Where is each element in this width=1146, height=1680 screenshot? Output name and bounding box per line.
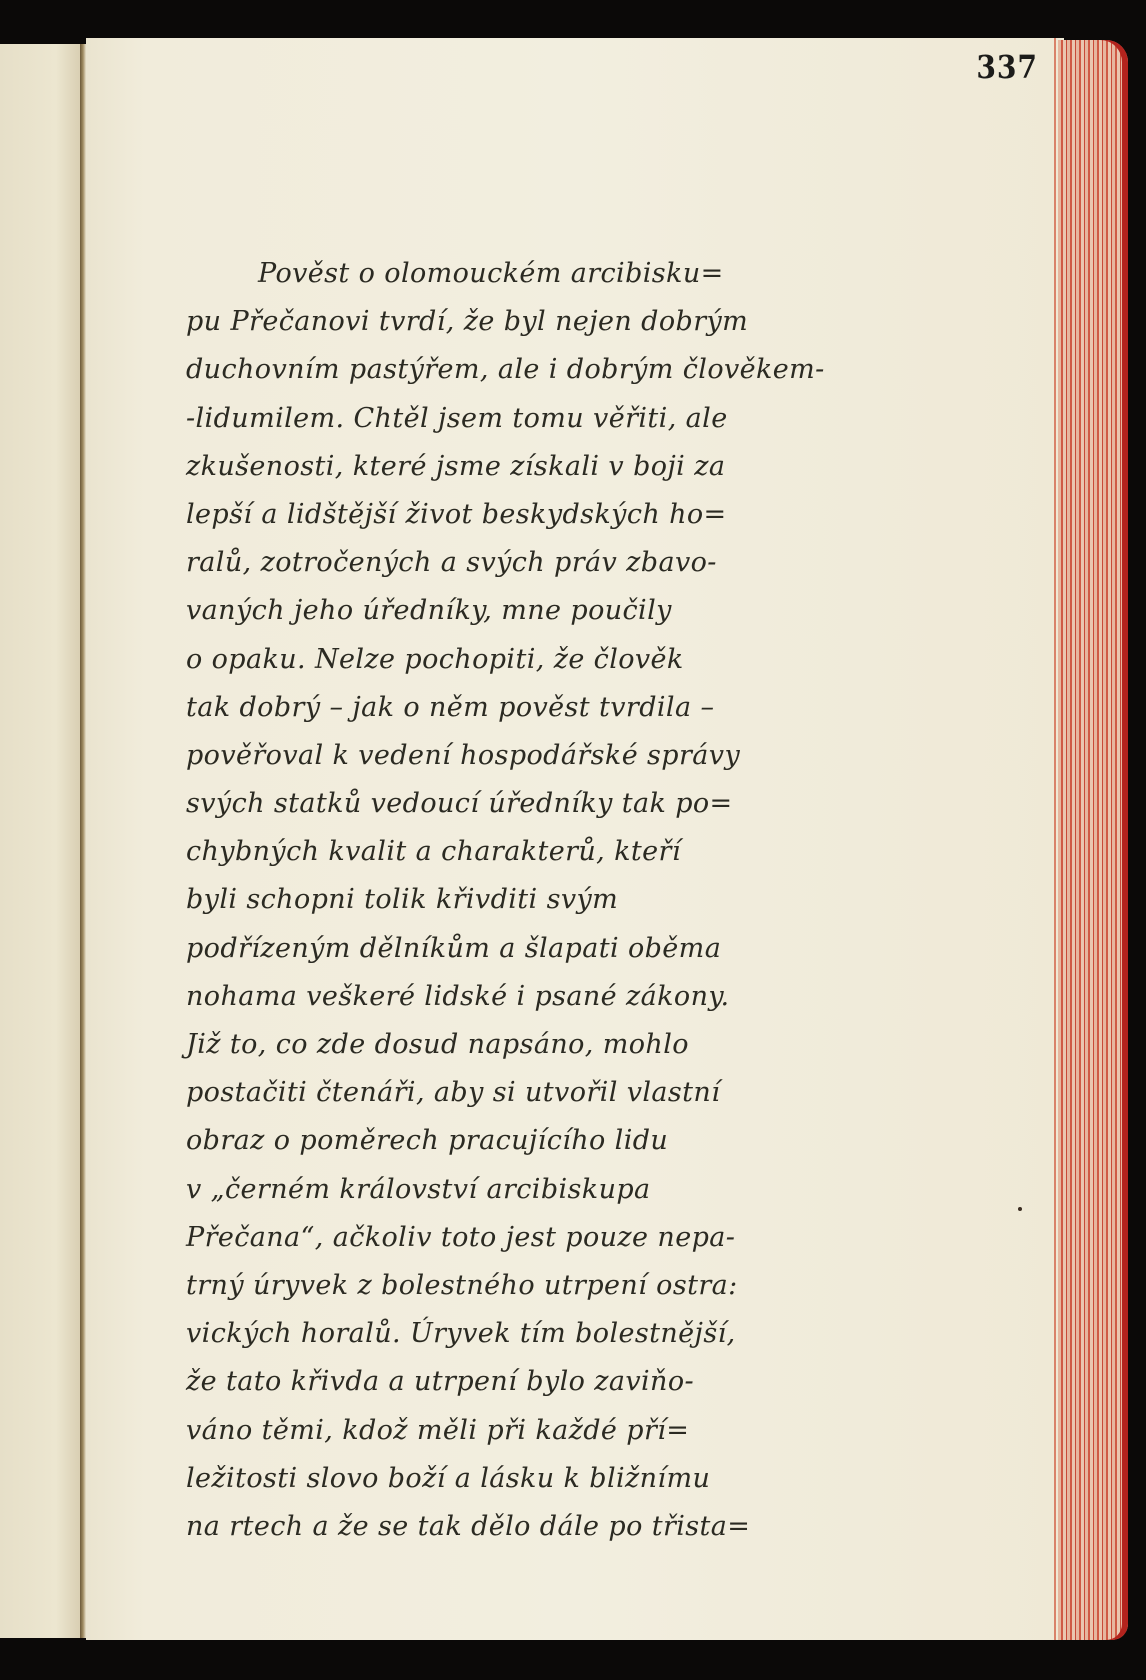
- text-line: váno těmi, kdož měli při každé pří=: [186, 1407, 866, 1455]
- text-line: -lidumilem. Chtěl jsem tomu věřiti, ale: [186, 395, 866, 443]
- text-line: že tato křivda a utrpení bylo zaviňo-: [186, 1358, 866, 1406]
- text-line: o opaku. Nelze pochopiti, že člověk: [186, 636, 866, 684]
- handwritten-text: Pověst o olomouckém arcibisku= pu Přečan…: [186, 250, 866, 1551]
- left-page: [0, 44, 80, 1638]
- text-line: na rtech a že se tak dělo dále po třista…: [186, 1503, 866, 1551]
- text-line: svých statků vedoucí úředníky tak po=: [186, 780, 866, 828]
- text-line: lepší a lidštější život beskydských ho=: [186, 491, 866, 539]
- text-line: chybných kvalit a charakterů, kteří: [186, 828, 866, 876]
- text-line: duchovním pastýřem, ale i dobrým člověke…: [186, 346, 866, 394]
- text-line: vaných jeho úředníky, mne poučily: [186, 587, 866, 635]
- text-line: tak dobrý – jak o něm pověst tvrdila –: [186, 684, 866, 732]
- text-line: Pověst o olomouckém arcibisku=: [186, 250, 866, 298]
- text-line: zkušenosti, které jsme získali v boji za: [186, 443, 866, 491]
- text-line: byli schopni tolik křivditi svým: [186, 876, 866, 924]
- text-line: pověřoval k vedení hospodářské správy: [186, 732, 866, 780]
- text-line: v „černém království arcibiskupa: [186, 1166, 866, 1214]
- text-line: postačiti čtenáři, aby si utvořil vlastn…: [186, 1069, 866, 1117]
- text-line: trný úryvek z bolestného utrpení ostra:: [186, 1262, 866, 1310]
- text-line: nohama veškeré lidské i psané zákony.: [186, 973, 866, 1021]
- text-line: ralů, zotročených a svých práv zbavo-: [186, 539, 866, 587]
- text-line: podřízeným dělníkům a šlapati oběma: [186, 925, 866, 973]
- page-stack-edges: [1058, 40, 1128, 1640]
- text-line: Přečana“, ačkoliv toto jest pouze nepa-: [186, 1214, 866, 1262]
- text-line: obraz o poměrech pracujícího lidu: [186, 1117, 866, 1165]
- text-line: Již to, co zde dosud napsáno, mohlo: [186, 1021, 866, 1069]
- text-line: vických horalů. Úryvek tím bolestnější,: [186, 1310, 866, 1358]
- text-line: pu Přečanovi tvrdí, že byl nejen dobrým: [186, 298, 866, 346]
- page-edge-line: [1054, 38, 1056, 1640]
- text-line: ležitosti slovo boží a lásku k bližnímu: [186, 1455, 866, 1503]
- page-number: 337: [977, 48, 1038, 86]
- ink-speck: [1018, 1207, 1022, 1211]
